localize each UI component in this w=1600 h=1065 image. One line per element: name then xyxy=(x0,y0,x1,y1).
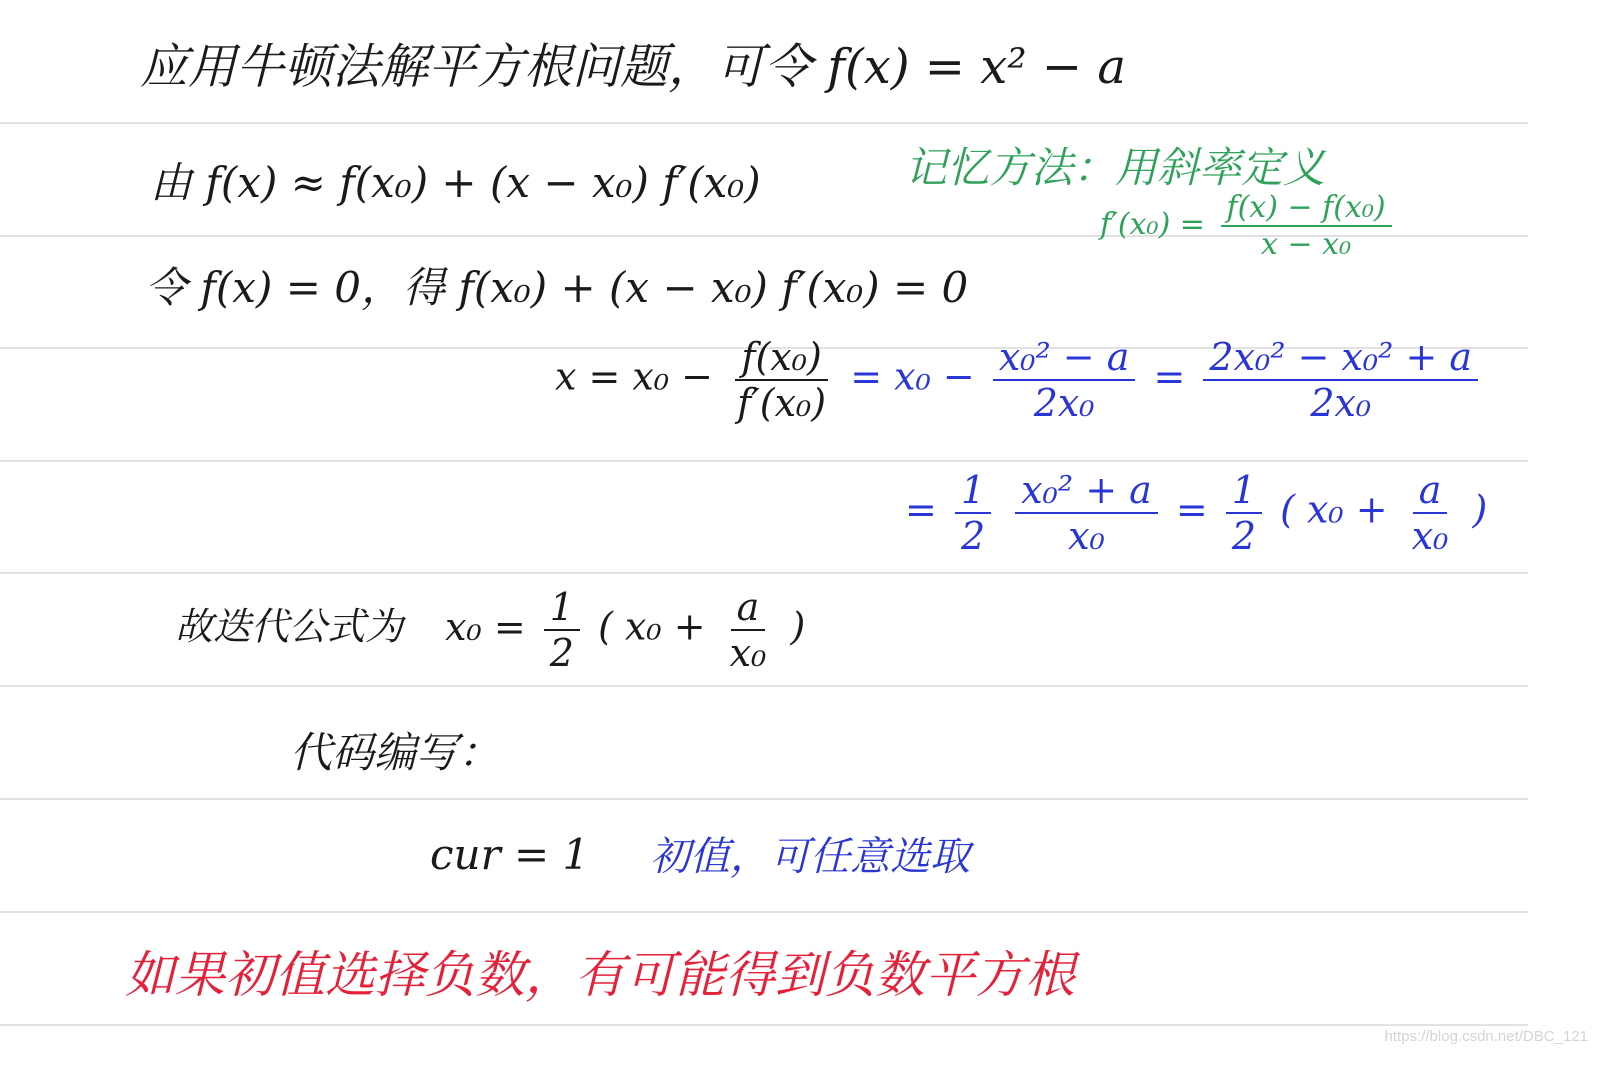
ruled-line xyxy=(0,572,1528,574)
fraction: f(x₀) f′(x₀) xyxy=(731,335,832,425)
taylor-line: 由 f(x) ≈ f(x₀) + (x − x₀) f′(x₀) xyxy=(150,150,761,210)
fraction: 2x₀² − x₀² + a 2x₀ xyxy=(1203,335,1478,425)
iteration-formula: 故迭代公式为 x₀ = 1 2 ( x₀ + a x₀ ) xyxy=(175,585,805,675)
ruled-line xyxy=(0,911,1528,913)
ruled-line xyxy=(0,685,1528,687)
watermark: https://blog.csdn.net/DBC_121 xyxy=(1385,1028,1588,1045)
title-line: 应用牛顿法解平方根问题，可令 f(x) = x² − a xyxy=(140,28,1126,97)
fraction: x₀² + a x₀ xyxy=(1015,468,1158,558)
set-zero-line: 令 f(x) = 0，得 f(x₀) + (x − x₀) f′(x₀) = 0 xyxy=(145,255,968,315)
derivation-line-1: x = x₀ − f(x₀) f′(x₀) = x₀ − x₀² − a 2x₀… xyxy=(555,335,1484,425)
ruled-line xyxy=(0,1024,1528,1026)
fraction: 1 2 xyxy=(544,585,580,675)
warning-note: 如果初值选择负数，有可能得到负数平方根 xyxy=(125,935,1075,1007)
ruled-line xyxy=(0,798,1528,800)
derivation-line-2: = 1 2 x₀² + a x₀ = 1 2 ( x₀ + a x₀ ) xyxy=(905,468,1487,558)
ruled-line xyxy=(0,460,1528,462)
fraction: a x₀ xyxy=(1406,468,1455,558)
fraction: 1 2 xyxy=(955,468,991,558)
code-comment: 初值，可任意选取 xyxy=(650,825,970,882)
code-line: cur = 1 xyxy=(430,830,589,879)
fraction: 1 2 xyxy=(1226,468,1262,558)
code-heading: 代码编写： xyxy=(290,720,500,780)
fraction: x₀² − a 2x₀ xyxy=(993,335,1136,425)
memo-lhs: f′(x₀) = xyxy=(1100,207,1205,242)
memo-fraction: f(x) − f(x₀) x − x₀ xyxy=(1221,190,1392,262)
fraction: a x₀ xyxy=(724,585,773,675)
memo-formula: f′(x₀) = f(x) − f(x₀) x − x₀ xyxy=(1100,190,1398,262)
memo-title: 记忆方法：用斜率定义 xyxy=(905,135,1325,195)
ruled-line xyxy=(0,122,1528,124)
